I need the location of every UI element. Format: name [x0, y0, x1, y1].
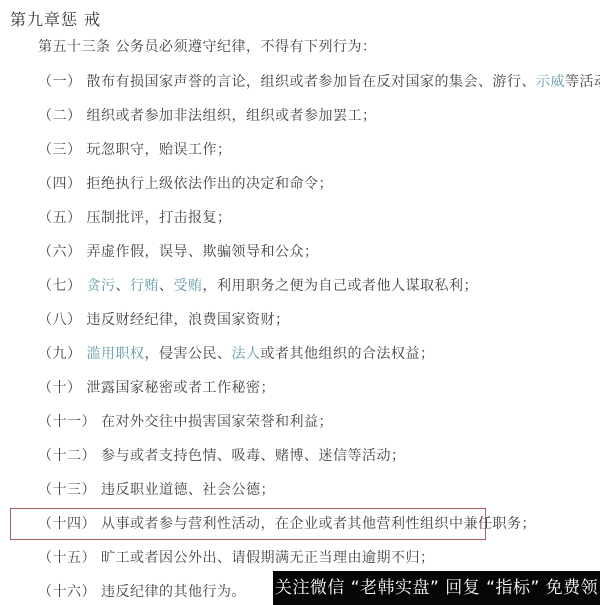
term-link[interactable]: 法人: [231, 346, 260, 362]
rule-text: （十五） 旷工或者因公外出、请假期满无正当理由逾期不归；: [38, 550, 434, 566]
term-link[interactable]: 滥用职权: [86, 346, 144, 362]
rule-item: （四） 拒绝执行上级依法作出的决定和命令；: [38, 167, 600, 201]
rule-item: （八） 违反财经纪律，浪费国家资财；: [38, 303, 600, 337]
rule-item: （十一） 在对外交往中损害国家荣誉和利益；: [38, 405, 600, 439]
rule-item: （一） 散布有损国家声誉的言论，组织或者参加旨在反对国家的集会、游行、示威等活动…: [38, 65, 600, 99]
rule-text: 等活动；: [565, 74, 600, 90]
rule-text: （二） 组织或者参加非法组织，组织或者参加罢工；: [38, 108, 376, 124]
rule-text: （十四） 从事或者参与营利性活动，在企业或者其他营利性组织中兼任职务；: [38, 516, 536, 532]
rule-text: （三） 玩忽职守，贻误工作；: [38, 142, 231, 158]
wechat-ad-banner: 关注微信 “老韩实盘” 回复 “指标” 免费领: [273, 571, 600, 605]
term-link[interactable]: 受贿: [173, 278, 202, 294]
rule-item: （十五） 旷工或者因公外出、请假期满无正当理由逾期不归；: [38, 541, 600, 575]
term-link[interactable]: 行贿: [130, 278, 159, 294]
rule-text: （七）: [38, 278, 86, 294]
rule-list: （一） 散布有损国家声誉的言论，组织或者参加旨在反对国家的集会、游行、示威等活动…: [38, 65, 600, 605]
rule-item: （七） 贪污、行贿、受贿，利用职务之便为自己或者他人谋取私利；: [38, 269, 600, 303]
rule-item: （五） 压制批评，打击报复；: [38, 201, 600, 235]
article-intro: 第五十三条 公务员必须遵守纪律，不得有下列行为：: [38, 37, 600, 57]
rule-item: （十） 泄露国家秘密或者工作秘密；: [38, 371, 600, 405]
rule-text: （十） 泄露国家秘密或者工作秘密；: [38, 380, 275, 396]
rule-text: ，利用职务之便为自己或者他人谋取私利；: [202, 278, 478, 294]
rule-text: 或者其他组织的合法权益；: [260, 346, 434, 362]
rule-text: 、: [115, 278, 130, 294]
rule-text: （八） 违反财经纪律，浪费国家资财；: [38, 312, 289, 328]
rule-item: （十四） 从事或者参与营利性活动，在企业或者其他营利性组织中兼任职务；: [38, 507, 600, 541]
rule-text: （一） 散布有损国家声誉的言论，组织或者参加旨在反对国家的集会、游行、: [38, 74, 536, 90]
document-page: 第九章惩 戒 第五十三条 公务员必须遵守纪律，不得有下列行为： （一） 散布有损…: [0, 0, 600, 605]
rule-text: （六） 弄虚作假，误导、欺骗领导和公众；: [38, 244, 318, 260]
chapter-title: 第九章惩 戒: [0, 0, 600, 29]
rule-item: （十二） 参与或者支持色情、吸毒、赌博、迷信等活动；: [38, 439, 600, 473]
rule-text: （五） 压制批评，打击报复；: [38, 210, 231, 226]
rule-text: ，侵害公民、: [144, 346, 231, 362]
rule-text: （九）: [38, 346, 86, 362]
rule-text: 、: [159, 278, 174, 294]
rule-text: （十三） 违反职业道德、社会公德；: [38, 482, 275, 498]
rule-item: （二） 组织或者参加非法组织，组织或者参加罢工；: [38, 99, 600, 133]
term-link[interactable]: 贪污: [86, 278, 115, 294]
rule-text: （十二） 参与或者支持色情、吸毒、赌博、迷信等活动；: [38, 448, 405, 464]
rule-item: （三） 玩忽职守，贻误工作；: [38, 133, 600, 167]
rule-text: （十六） 违反纪律的其他行为。: [38, 584, 246, 600]
rule-item: （九） 滥用职权，侵害公民、法人或者其他组织的合法权益；: [38, 337, 600, 371]
rule-item: （十三） 违反职业道德、社会公德；: [38, 473, 600, 507]
term-link[interactable]: 示威: [536, 74, 565, 90]
rule-text: （四） 拒绝执行上级依法作出的决定和命令；: [38, 176, 333, 192]
rule-text: （十一） 在对外交往中损害国家荣誉和利益；: [38, 414, 333, 430]
rule-item: （六） 弄虚作假，误导、欺骗领导和公众；: [38, 235, 600, 269]
